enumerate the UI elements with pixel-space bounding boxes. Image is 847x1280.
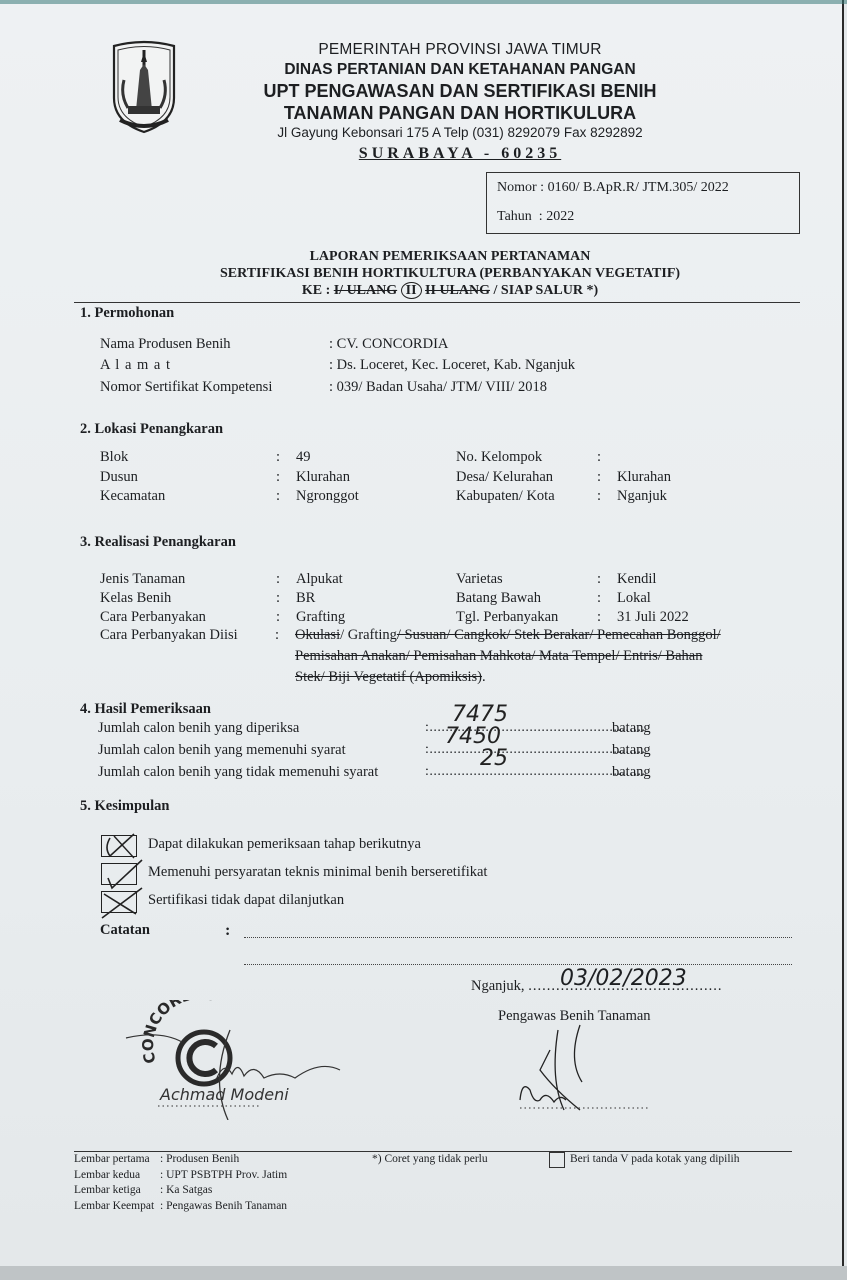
conclusion-option-2: Memenuhi persyaratan teknis minimal beni… xyxy=(148,864,487,881)
s3-left-label: Kelas Benih xyxy=(100,590,171,607)
s3-right-label: Batang Bawah xyxy=(456,590,541,607)
s2-left-value: Klurahan xyxy=(296,469,350,486)
s3-diisi-value-line-3: Stek/ Biji Vegetatif (Apomiksis). xyxy=(295,669,486,686)
s2-right-value: Klurahan xyxy=(617,469,671,486)
s1-label: Nomor Sertifikat Kompetensi xyxy=(100,379,272,396)
s2-left-label: Blok xyxy=(100,449,128,466)
reference-number: Nomor : 0160/ B.ApR.R/ JTM.305/ 2022 xyxy=(497,180,729,196)
s3-left-value: Grafting xyxy=(296,609,345,626)
letterhead: PEMERINTAH PROVINSI JAWA TIMUR DINAS PER… xyxy=(220,40,700,166)
coat-of-arms-icon xyxy=(106,40,182,135)
s3-left-value: Alpukat xyxy=(296,571,343,588)
section-1-heading: 1. Permohonan xyxy=(80,305,174,322)
s2-left-value: Ngronggot xyxy=(296,488,359,505)
s2-right-label: Kabupaten/ Kota xyxy=(456,488,555,505)
title-line-2: SERTIFIKASI BENIH HORTIKULTURA (PERBANYA… xyxy=(150,265,750,282)
s3-colon: : xyxy=(597,590,601,607)
result-value-handwritten: 25 xyxy=(480,746,508,771)
nomor-value: 0160/ B.ApR.R/ JTM.305/ 2022 xyxy=(548,180,729,195)
distribution-value: : Ka Satgas xyxy=(160,1184,212,1196)
page-top-edge xyxy=(0,0,847,4)
conclusion-checkbox-3[interactable] xyxy=(101,891,137,913)
letterhead-line-4: TANAMAN PANGAN DAN HORTIKULURA xyxy=(220,102,700,124)
notes-line-1[interactable] xyxy=(244,937,792,938)
distribution-key: Lembar pertama xyxy=(74,1152,160,1168)
struck-option-2: II ULANG xyxy=(425,283,490,298)
letterhead-line-3: UPT PENGAWASAN DAN SERTIFIKASI BENIH xyxy=(220,80,700,102)
s2-colon: : xyxy=(597,449,601,466)
notes-colon: : xyxy=(225,922,230,940)
struck-methods-end: Stek/ Biji Vegetatif (Apomiksis) xyxy=(295,669,482,685)
distribution-value: : Pengawas Benih Tanaman xyxy=(160,1200,287,1212)
s3-colon: : xyxy=(597,571,601,588)
title-suffix: / SIAP SALUR *) xyxy=(490,283,598,298)
struck-option-1: I/ ULANG xyxy=(334,283,397,298)
s2-right-label: No. Kelompok xyxy=(456,449,542,466)
reference-box: Nomor : 0160/ B.ApR.R/ JTM.305/ 2022 Tah… xyxy=(486,172,800,234)
tahun-label: Tahun xyxy=(497,209,532,224)
s2-colon: : xyxy=(597,488,601,505)
kept-method: / Grafting xyxy=(340,627,397,643)
s3-diisi-value-line-2: Pemisahan Anakan/ Pemisahan Mahkota/ Mat… xyxy=(295,648,702,665)
s1-value: : Ds. Loceret, Kec. Loceret, Kab. Nganju… xyxy=(329,357,575,374)
s1-value: : 039/ Badan Usaha/ JTM/ VIII/ 2018 xyxy=(329,379,547,396)
section-5-heading: 5. Kesimpulan xyxy=(80,798,169,815)
distribution-item: Lembar ketiga: Ka Satgas xyxy=(74,1183,287,1199)
distribution-list: Lembar pertama: Produsen BenihLembar ked… xyxy=(74,1152,287,1214)
result-unit: batang xyxy=(612,742,651,759)
s3-colon: : xyxy=(276,571,280,588)
inspector-signature-icon xyxy=(510,1020,660,1120)
s3-colon: : xyxy=(276,609,280,626)
section-2-heading: 2. Lokasi Penangkaran xyxy=(80,421,223,438)
result-label: Jumlah calon benih yang diperiksa xyxy=(98,720,299,737)
result-unit: batang xyxy=(612,720,651,737)
signature-date: 03/02/2023 xyxy=(560,966,687,991)
s3-right-value: Lokal xyxy=(617,590,651,607)
result-label: Jumlah calon benih yang tidak memenuhi s… xyxy=(98,764,378,781)
distribution-item: Lembar kedua: UPT PSBTPH Prov. Jatim xyxy=(74,1168,287,1184)
tahun-value: 2022 xyxy=(546,209,574,224)
s3-diisi-label: Cara Perbanyakan Diisi xyxy=(100,627,238,644)
notes-line-2[interactable] xyxy=(244,964,792,965)
s2-right-label: Desa/ Kelurahan xyxy=(456,469,553,486)
s3-right-label: Tgl. Perbanyakan xyxy=(456,609,558,626)
result-label: Jumlah calon benih yang memenuhi syarat xyxy=(98,742,346,759)
circled-option: II xyxy=(401,282,422,299)
title-ke: KE : xyxy=(302,283,334,298)
title-line-1: LAPORAN PEMERIKSAAN PERTANAMAN xyxy=(150,248,750,265)
distribution-key: Lembar kedua xyxy=(74,1168,160,1184)
svg-text:Achmad Modeni: Achmad Modeni xyxy=(159,1085,289,1104)
s3-left-value: BR xyxy=(296,590,315,607)
conclusion-option-1: Dapat dilakukan pemeriksaan tahap beriku… xyxy=(148,836,421,853)
s1-label: A l a m a t xyxy=(100,357,171,374)
s1-label: Nama Produsen Benih xyxy=(100,336,230,353)
nomor-label: Nomor xyxy=(497,180,537,195)
conclusion-checkbox-2[interactable] xyxy=(101,863,137,885)
letterhead-address: Jl Gayung Kebonsari 175 A Telp (031) 829… xyxy=(220,124,700,142)
title-line-3: KE : I/ ULANG II II ULANG / SIAP SALUR *… xyxy=(150,282,750,299)
s3-right-value: Kendil xyxy=(617,571,656,588)
letterhead-line-2: DINAS PERTANIAN DAN KETAHANAN PANGAN xyxy=(220,60,700,80)
s1-value: : CV. CONCORDIA xyxy=(329,336,448,353)
distribution-value: : Produsen Benih xyxy=(160,1153,239,1165)
page-bottom-edge xyxy=(0,1266,847,1280)
strike-note: *) Coret yang tidak perlu xyxy=(372,1152,488,1168)
s3-left-label: Cara Perbanyakan xyxy=(100,609,206,626)
s3-diisi-value-line-1: Okulasi/ Grafting/ Susuan/ Cangkok/ Stek… xyxy=(295,627,721,644)
s2-left-value: 49 xyxy=(296,449,311,466)
s2-colon: : xyxy=(276,469,280,486)
result-unit: batang xyxy=(612,764,651,781)
report-title: LAPORAN PEMERIKSAAN PERTANAMAN SERTIFIKA… xyxy=(150,248,750,299)
s2-left-label: Dusun xyxy=(100,469,138,486)
checkbox-note: Beri tanda V pada kotak yang dipilih xyxy=(570,1152,740,1168)
distribution-value: : UPT PSBTPH Prov. Jatim xyxy=(160,1169,287,1181)
letterhead-line-1: PEMERINTAH PROVINSI JAWA TIMUR xyxy=(220,40,700,60)
s2-colon: : xyxy=(276,449,280,466)
section-3-heading: 3. Realisasi Penangkaran xyxy=(80,534,236,551)
distribution-item: Lembar Keempat: Pengawas Benih Tanaman xyxy=(74,1199,287,1215)
place-text: Nganjuk, xyxy=(471,978,528,994)
s3-colon: : xyxy=(276,590,280,607)
struck-method: Okulasi xyxy=(295,627,340,643)
s2-colon: : xyxy=(597,469,601,486)
section-4-heading: 4. Hasil Pemeriksaan xyxy=(80,701,211,718)
s3-colon: : xyxy=(275,627,279,644)
title-divider xyxy=(74,302,800,303)
notes-label: Catatan xyxy=(100,922,150,939)
s3-right-value: 31 Juli 2022 xyxy=(617,609,689,626)
distribution-key: Lembar Keempat xyxy=(74,1199,160,1215)
distribution-key: Lembar ketiga xyxy=(74,1183,160,1199)
s3-left-label: Jenis Tanaman xyxy=(100,571,185,588)
legend-checkbox xyxy=(549,1152,565,1168)
period: . xyxy=(482,669,486,685)
s2-right-value: Nganjuk xyxy=(617,488,667,505)
reference-year: Tahun : 2022 xyxy=(497,209,574,225)
s3-right-label: Varietas xyxy=(456,571,503,588)
letterhead-city: SURABAYA - 60235 xyxy=(220,142,700,166)
cross-mark-icon xyxy=(96,884,146,920)
company-stamp-icon: CONCORDIA Achmad Modeni xyxy=(120,1000,350,1120)
s2-colon: : xyxy=(276,488,280,505)
struck-methods: / Susuan/ Cangkok/ Stek Berakar/ Pemecah… xyxy=(397,627,721,643)
conclusion-checkbox-1[interactable] xyxy=(101,835,137,857)
s3-colon: : xyxy=(597,609,601,626)
s2-left-label: Kecamatan xyxy=(100,488,165,505)
distribution-item: Lembar pertama: Produsen Benih xyxy=(74,1152,287,1168)
conclusion-option-3: Sertifikasi tidak dapat dilanjutkan xyxy=(148,892,344,909)
